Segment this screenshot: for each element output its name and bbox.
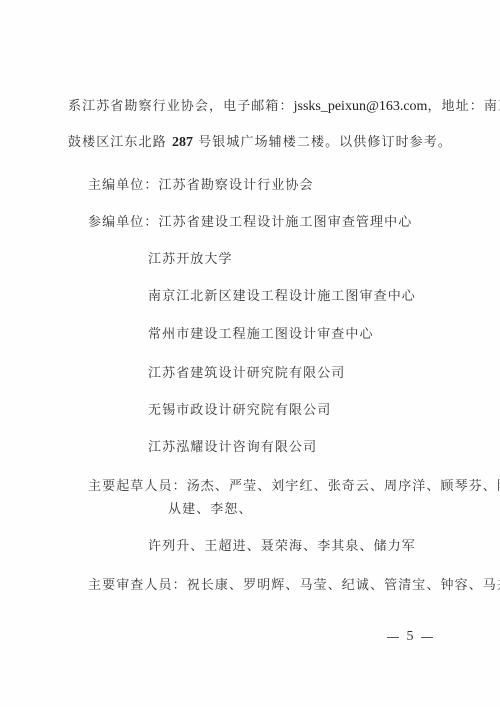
participating-unit: 江苏省建设工程设计施工图审查管理中心 <box>159 215 413 230</box>
main-drafters-label: 主要起草人员： <box>88 479 187 494</box>
main-reviewers-names: 祝长康、罗明辉、马莹、纪诚、管清宝、钟容、马卉 <box>187 578 500 593</box>
dash-decoration <box>421 637 433 638</box>
participating-units-label: 参编单位： <box>88 215 159 230</box>
paragraph-text: 鼓楼区江东北路 <box>68 135 172 150</box>
chief-editor-value: 江苏省勘察设计行业协会 <box>159 178 314 193</box>
main-reviewers-label: 主要审查人员： <box>88 578 187 593</box>
dash-decoration <box>387 637 399 638</box>
email-address: jssks_peixun@163.com <box>294 99 428 114</box>
participating-unit: 无锡市政设计研究院有限公司 <box>148 403 331 419</box>
paragraph-line-1: 系江苏省勘察行业协会，电子邮箱：jssks_peixun@163.com，地址：… <box>68 99 500 115</box>
page-number: 5 <box>387 629 433 645</box>
paragraph-line-2: 鼓楼区江东北路 287 号银城广场辅楼二楼。以供修订时参考。 <box>68 135 452 151</box>
street-number: 287 <box>172 135 193 150</box>
chief-editor-label: 主编单位： <box>88 178 159 193</box>
participating-units-row: 参编单位：江苏省建设工程设计施工图审查管理中心 <box>88 215 412 231</box>
main-reviewers-row: 主要审查人员：祝长康、罗明辉、马莹、纪诚、管清宝、钟容、马卉 <box>88 578 500 594</box>
main-drafters-row: 主要起草人员：汤杰、严莹、刘宇红、张奇云、周序洋、顾琴芬、陈 <box>88 479 500 495</box>
paragraph-text: ，地址：南京市 <box>427 99 500 114</box>
chief-editor-row: 主编单位：江苏省勘察设计行业协会 <box>88 178 314 194</box>
paragraph-text: 系江苏省勘察行业协会，电子邮箱： <box>68 99 294 114</box>
participating-unit: 江苏开放大学 <box>148 252 233 268</box>
main-drafters-continuation: 从建、李恕、 <box>168 502 253 518</box>
participating-unit: 江苏泓耀设计咨询有限公司 <box>148 440 317 456</box>
paragraph-text: 号银城广场辅楼二楼。以供修订时参考。 <box>193 135 452 150</box>
participating-unit: 南京江北新区建设工程设计施工图审查中心 <box>148 289 416 305</box>
main-drafters-names: 汤杰、严莹、刘宇红、张奇云、周序洋、顾琴芬、陈 <box>187 479 500 494</box>
participating-unit: 江苏省建筑设计研究院有限公司 <box>148 366 345 382</box>
participating-unit: 常州市建设工程施工图设计审查中心 <box>148 327 374 343</box>
main-drafters-continuation: 许列升、王超进、聂荣海、李其泉、储力军 <box>148 539 416 555</box>
page-number-value: 5 <box>407 629 414 645</box>
